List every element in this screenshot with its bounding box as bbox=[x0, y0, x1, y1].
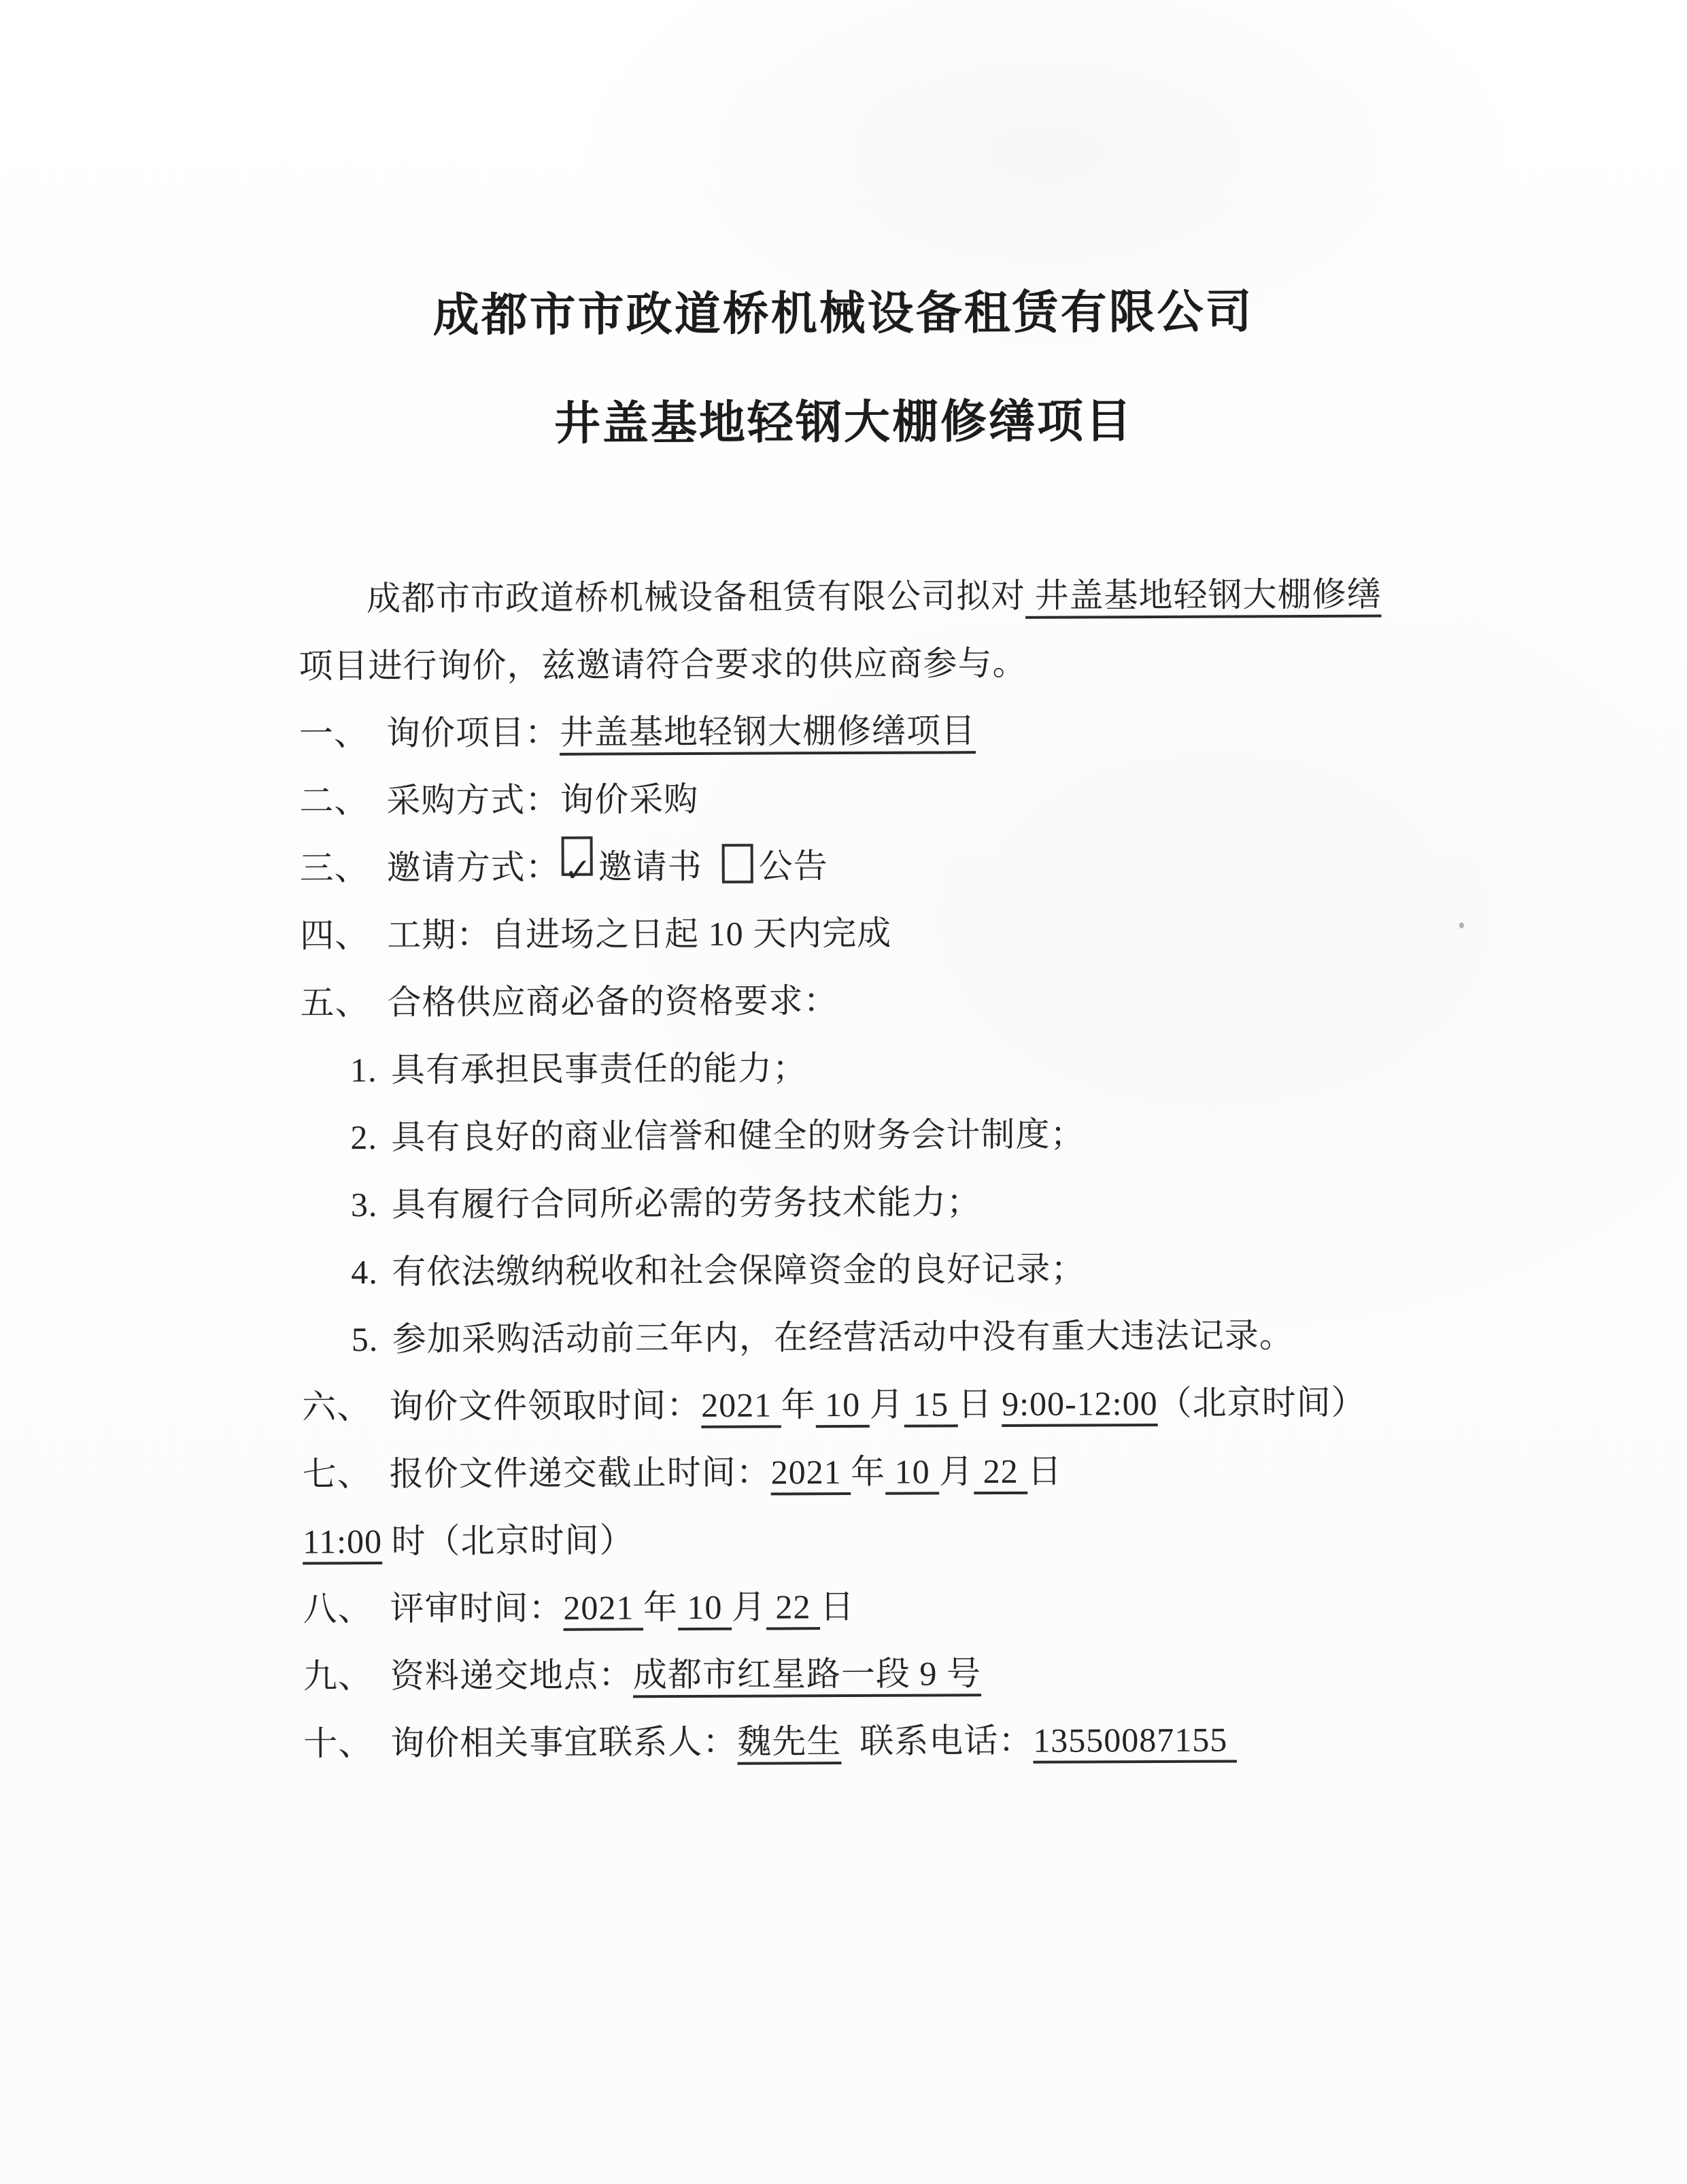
underlined-text: 2021 bbox=[563, 1588, 643, 1627]
underlined-text: 2021 bbox=[770, 1453, 851, 1492]
sub-item-4: 4.有依法缴纳税收和社会保障资金的良好记录； bbox=[301, 1234, 1393, 1306]
text-segment: 邀请方式： bbox=[387, 848, 560, 887]
underlined-text: 成都市红星路一段 9 号 bbox=[633, 1654, 981, 1694]
item-9-submission-location: 九、资料递交地点：成都市红星路一段 9 号 bbox=[303, 1638, 1395, 1710]
text-segment: 工期：自进场之日起 10 天内完成 bbox=[387, 914, 891, 954]
text-segment: 月 bbox=[732, 1588, 766, 1626]
document-title-company: 成都市市政道桥机械设备租赁有限公司 bbox=[297, 282, 1389, 345]
text-segment: 公告 bbox=[759, 847, 828, 885]
underlined-text: 10 bbox=[678, 1588, 732, 1626]
underlined-text: 10 bbox=[816, 1385, 870, 1424]
text-segment: 月 bbox=[939, 1452, 974, 1490]
text-segment: 成都市市政道桥机械设备租赁有限公司拟对 bbox=[367, 577, 1025, 618]
underlined-text: 井盖基地轻钢大棚修缮项目 bbox=[560, 711, 976, 752]
item-marker: 六、 bbox=[302, 1373, 389, 1441]
document-content: 成都市市政道桥机械设备租赁有限公司 井盖基地轻钢大棚修缮项目 成都市市政道桥机械… bbox=[297, 282, 1396, 1777]
item-marker: 三、 bbox=[300, 835, 387, 903]
item-1-inquiry-project: 一、询价项目：井盖基地轻钢大棚修缮项目 bbox=[299, 695, 1391, 767]
underlined-text: 2021 bbox=[701, 1385, 781, 1424]
item-7-quotation-deadline: 七、报价文件递交截止时间：2021 年 10 月 22 日 11:00 时（北京… bbox=[302, 1436, 1395, 1575]
item-10-contact: 十、询价相关事宜联系人：魏先生 联系电话：13550087155 bbox=[303, 1705, 1395, 1777]
underlined-text: 11:00 bbox=[303, 1522, 382, 1561]
text-segment: 邀请书 bbox=[598, 847, 702, 886]
checkbox-invitation-letter: ✓ bbox=[562, 837, 593, 876]
item-marker: 八、 bbox=[303, 1575, 390, 1643]
text-segment: 日 bbox=[1027, 1452, 1072, 1490]
scan-speck-artifact bbox=[1459, 922, 1464, 928]
text-segment: 年 bbox=[851, 1453, 885, 1491]
text-segment: 日 bbox=[820, 1587, 855, 1626]
sub-item-2: 2.具有良好的商业信誉和健全的财务会计制度； bbox=[301, 1099, 1393, 1171]
underlined-text: 22 bbox=[766, 1587, 820, 1626]
text-segment: 年 bbox=[781, 1385, 816, 1424]
underlined-text: 22 bbox=[974, 1452, 1027, 1490]
item-marker: 一、 bbox=[299, 700, 386, 768]
text-segment: 年 bbox=[643, 1588, 678, 1626]
text-segment: 月 bbox=[870, 1385, 904, 1424]
document-title-project: 井盖基地轻钢大棚修缮项目 bbox=[298, 390, 1390, 454]
underlined-text: 10 bbox=[885, 1452, 939, 1490]
text-segment: 具有承担民事责任的能力； bbox=[391, 1049, 807, 1089]
sub-item-3: 3.具有履行合同所必需的劳务技术能力； bbox=[301, 1166, 1393, 1239]
item-marker: 五、 bbox=[300, 969, 387, 1037]
text-segment: 具有良好的商业信誉和健全的财务会计制度； bbox=[391, 1115, 1085, 1156]
text-segment: 报价文件递交截止时间： bbox=[390, 1453, 771, 1492]
item-5-supplier-qualifications: 五、合格供应商必备的资格要求： bbox=[300, 964, 1392, 1037]
sub-item-1: 1.具有承担民事责任的能力； bbox=[301, 1032, 1393, 1104]
item-marker: 四、 bbox=[300, 902, 387, 970]
item-marker: 2. bbox=[350, 1104, 391, 1171]
underlined-text: 13550087155 bbox=[1033, 1720, 1237, 1759]
item-8-review-time: 八、评审时间：2021 年 10 月 22 日 bbox=[303, 1570, 1395, 1643]
text-segment: 评审时间： bbox=[390, 1589, 563, 1628]
item-4-construction-period: 四、工期：自进场之日起 10 天内完成 bbox=[300, 897, 1392, 969]
intro-line-1: 成都市市政道桥机械设备租赁有限公司拟对 井盖基地轻钢大棚修缮 bbox=[299, 560, 1391, 633]
item-marker: 5. bbox=[352, 1306, 392, 1373]
item-marker: 七、 bbox=[302, 1441, 389, 1509]
item-marker: 1. bbox=[350, 1037, 391, 1104]
item-2-procurement-method: 二、采购方式：询价采购 bbox=[299, 762, 1391, 835]
item-6-document-collection-time: 六、询价文件领取时间：2021 年 10 月 15 日 9:00-12:00（北… bbox=[302, 1368, 1394, 1441]
text-segment bbox=[702, 847, 721, 886]
item-marker: 二、 bbox=[299, 767, 386, 835]
checkbox-public-announcement bbox=[722, 844, 753, 884]
text-segment: 时（北京时间） bbox=[382, 1521, 634, 1560]
intro-line-2: 项目进行询价，兹邀请符合要求的供应商参与。 bbox=[299, 628, 1391, 700]
text-segment: 参加采购活动前三年内，在经营活动中没有重大违法记录。 bbox=[392, 1316, 1294, 1358]
scanned-document-page: { "page": { "background_color": "#fdfdfc… bbox=[0, 0, 1687, 2184]
text-segment: 资料递交地点： bbox=[390, 1656, 633, 1695]
text-segment: 项目进行询价，兹邀请符合要求的供应商参与。 bbox=[299, 644, 1027, 686]
text-segment: 具有履行合同所必需的劳务技术能力； bbox=[392, 1183, 981, 1224]
text-segment: 询价相关事宜联系人： bbox=[390, 1723, 737, 1762]
text-segment: 询价项目： bbox=[386, 713, 560, 752]
text-segment: （北京时间） bbox=[1157, 1383, 1365, 1422]
item-marker: 3. bbox=[351, 1171, 392, 1239]
sub-item-5: 5.参加采购活动前三年内，在经营活动中没有重大违法记录。 bbox=[302, 1301, 1394, 1373]
text-segment: 询价文件领取时间： bbox=[389, 1386, 701, 1426]
underlined-text: 井盖基地轻钢大棚修缮 bbox=[1025, 575, 1382, 615]
text-segment: 联系电话： bbox=[841, 1721, 1033, 1760]
text-segment: 采购方式：询价采购 bbox=[386, 780, 698, 820]
text-segment: 有依法缴纳税收和社会保障资金的良好记录； bbox=[392, 1249, 1085, 1290]
item-marker: 4. bbox=[351, 1239, 392, 1306]
item-3-invitation-method: 三、邀请方式：✓邀请书 公告 bbox=[300, 830, 1392, 902]
check-mark-icon: ✓ bbox=[564, 854, 592, 888]
text-segment: 合格供应商必备的资格要求： bbox=[387, 981, 838, 1022]
item-marker: 十、 bbox=[303, 1710, 390, 1778]
underlined-text: 9:00-12:00 bbox=[1002, 1384, 1158, 1423]
item-marker: 九、 bbox=[303, 1643, 390, 1711]
text-segment: 日 bbox=[958, 1385, 1002, 1423]
underlined-text: 15 bbox=[904, 1385, 958, 1423]
underlined-text: 魏先生 bbox=[737, 1722, 841, 1761]
document-body-rows: 成都市市政道桥机械设备租赁有限公司拟对 井盖基地轻钢大棚修缮项目进行询价，兹邀请… bbox=[299, 560, 1396, 1777]
